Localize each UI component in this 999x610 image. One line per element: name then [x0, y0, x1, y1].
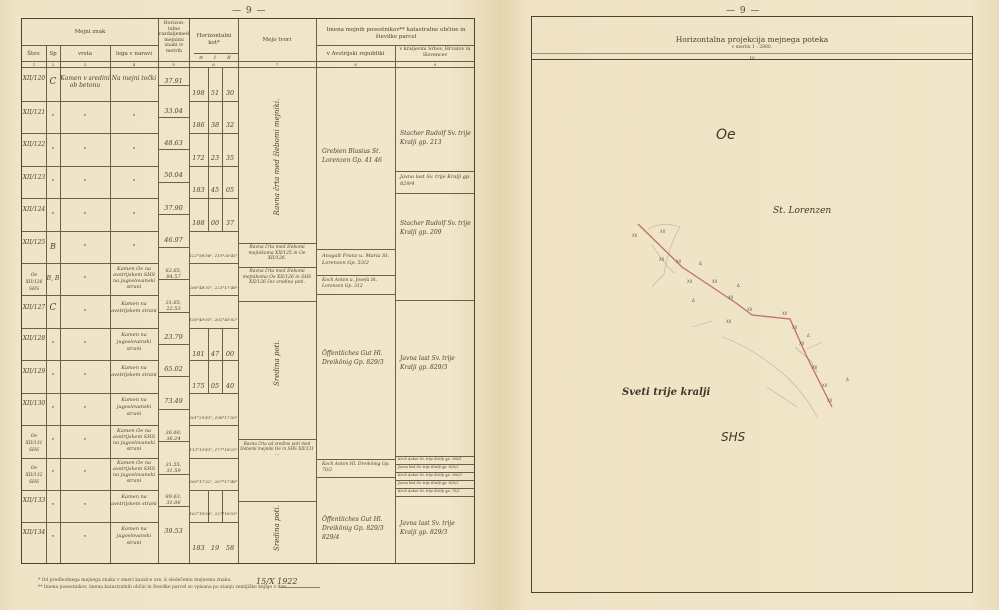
marker-sp: " — [46, 341, 60, 348]
marker-number: XII/124 — [22, 206, 46, 213]
marker-lega: Kamen na avstrijskem strani — [110, 494, 158, 508]
marker-number: XII/129 — [22, 368, 46, 375]
date-underline — [280, 587, 320, 588]
owner-austria: Grebien Blasius St. Lorenzen Gp. 41 46 — [322, 147, 392, 165]
marker-vrsta: " — [60, 535, 110, 542]
divider — [60, 45, 61, 563]
svg-text:XII: XII — [747, 307, 752, 312]
marker-sp: " — [46, 535, 60, 542]
angle-deg: 186 — [189, 121, 208, 129]
marker-vrsta: " — [60, 373, 110, 380]
angle-sec: 32 — [222, 121, 238, 129]
owner-austria: Öffentliches Gut Hl. Dreikönig Gp. 829/3… — [322, 515, 392, 542]
angle-pair: 150°49'05", 202°45'02" — [189, 317, 238, 322]
header-imena: Imena mejnih posestnikov** katastralne o… — [316, 27, 476, 40]
svg-text:Δ: Δ — [699, 261, 702, 266]
distance: 73.49 — [158, 397, 189, 405]
marker-number: XII/120 — [22, 75, 46, 82]
angle-pair: 113°19'41", 177°18'25" — [189, 447, 238, 452]
marker-vrsta: " — [60, 309, 110, 316]
svg-text:XII: XII — [822, 383, 827, 388]
svg-text:XII: XII — [659, 257, 664, 262]
angle-deg: 198 — [189, 89, 208, 97]
signature-date: 15/X 1922 — [256, 577, 297, 586]
header-sp: Sp — [46, 51, 60, 58]
svg-text:XII: XII — [660, 229, 665, 234]
marker-vrsta: " — [60, 438, 110, 445]
distance: 48.63 — [158, 139, 189, 147]
marker-lega: Kamen Oe na avstrijskem SHS na jugoslova… — [110, 460, 158, 484]
divider — [316, 19, 317, 563]
owner-shs: Stacher Rudolf Sv. trije Kralji gp. 209 — [400, 219, 472, 237]
marker-lega: " — [110, 244, 158, 251]
angle-deg: 188 — [189, 219, 208, 227]
col-number: 5 — [158, 62, 189, 69]
marker-lega: " — [110, 179, 158, 186]
marker-lega: Kamen na jugoslovanski strani — [110, 332, 158, 353]
marker-vrsta: " — [60, 114, 110, 121]
distance: 39.53 — [158, 527, 189, 535]
boundary-desc: Ravna črta med žlebomi mejnikoma XII/125… — [240, 245, 314, 262]
marker-sp: " — [46, 179, 60, 186]
border-line — [638, 224, 832, 407]
marker-number: XII/127 — [22, 304, 46, 311]
marker-vrsta: " — [60, 179, 110, 186]
marker-number: XII/123 — [22, 174, 46, 181]
divider — [532, 59, 972, 60]
owner-shs: Javna last Sv. trije Kralji gp. 829/2 — [398, 481, 474, 485]
distance: 23.79 — [158, 333, 189, 341]
angle-deg: 183 — [189, 186, 208, 194]
svg-text:XII: XII — [812, 365, 817, 370]
angle-deg: 172 — [189, 154, 208, 162]
distance: 36.60, 36.24 — [158, 430, 189, 442]
svg-text:Δ: Δ — [692, 298, 695, 303]
col-number: 3 — [60, 62, 110, 69]
divider — [395, 45, 396, 563]
angle-pair: 122°58'58", 119°26'45" — [189, 253, 238, 258]
svg-text:XII: XII — [728, 295, 733, 300]
distance: 65.02 — [158, 365, 189, 373]
marker-number: XII/134 — [22, 529, 46, 536]
marker-vrsta: " — [60, 276, 110, 283]
label-shs: SHS — [721, 430, 745, 444]
owner-shs: Javna last Sv. trije Kralji gp. 829/4 — [400, 174, 472, 188]
marker-sp: C — [46, 79, 60, 86]
angle-min: 05 — [208, 382, 222, 390]
page-number: — 9 — — [232, 6, 266, 16]
marker-sp: " — [46, 470, 60, 477]
right-page: — 9 — Horizontalna projekcija mejnega po… — [498, 0, 999, 610]
angle-min: 23 — [208, 154, 222, 162]
angle-sec: 30 — [222, 89, 238, 97]
boundary-desc: Ravna črta med žlebomi mejniki. — [273, 92, 281, 222]
marker-sp: " — [46, 147, 60, 154]
marker-sp: " — [46, 373, 60, 380]
boundary-desc: Sredina poti. — [273, 333, 281, 393]
angle-sec: 40 — [222, 382, 238, 390]
angle-deg: 183 — [189, 544, 208, 552]
marker-number: XII/121 — [22, 109, 46, 116]
owner-austria: Koch Anton u. Josefa St. Lorenzen Gp. 31… — [322, 278, 392, 290]
map-frame: Horizontalna projekcija mejnega poteka v… — [531, 16, 973, 593]
marker-number: Oe XII/132 SHS — [22, 465, 46, 486]
header-kot: Horizontalni kot* — [190, 33, 238, 46]
marker-lega: Kamen na jugoslovanski strani — [110, 526, 158, 547]
owner-shs: Javna last Sv. trije Kralji gp. 829/3 — [400, 354, 472, 372]
owner-shs: Stacher Rudolf Sv. trije Kralji gp. 213 — [400, 129, 472, 147]
distance: 89.63, 31.06 — [158, 494, 189, 506]
header-vrsta: vrsta — [60, 51, 110, 58]
svg-text:Δ: Δ — [737, 283, 740, 288]
marker-lega: " — [110, 114, 158, 121]
angle-min: 45 — [208, 186, 222, 194]
distance: 31.65, 22.53 — [158, 300, 189, 312]
header-avstrija: v Avstrijski republiki — [316, 51, 395, 58]
marker-vrsta: " — [60, 212, 110, 219]
svg-text:XII: XII — [782, 311, 787, 316]
col-number: 6 — [189, 62, 238, 69]
marker-sp: B, B — [46, 275, 60, 282]
header-razdalja: Horizon- talno razdaljemed mejnimi znaki… — [159, 21, 189, 55]
angle-pair: 200°17'32", 207°17'48" — [189, 479, 238, 484]
marker-number: XII/128 — [22, 335, 46, 342]
divider — [158, 19, 159, 563]
svg-text:XII: XII — [687, 279, 692, 284]
footnote: * Od predhodnega mejnega znaka v smeri k… — [38, 578, 232, 583]
owner-shs: Koch Anton Sv. trije Kralji gp. 208/3 — [398, 473, 474, 477]
owner-austria: Koch Anton Hl. Dreikönig Gp. 70/2 — [322, 462, 392, 474]
marker-lega: Kamen Oe na avstrijskem SHS na jugoslova… — [110, 266, 158, 290]
boundary-desc: Sredina poti. — [273, 498, 281, 558]
marker-sp: " — [46, 438, 60, 445]
angle-sec: 58 — [222, 544, 238, 552]
angle-sec: 05 — [222, 186, 238, 194]
angle-sec: 00 — [222, 350, 238, 358]
marker-lega: Kamen Oe na avstrijskem SHS na jugoslova… — [110, 428, 158, 452]
marker-number: XII/122 — [22, 141, 46, 148]
boundary-desc: Ravna črta od sredine poti med žlebomi m… — [240, 441, 314, 457]
marker-lega: " — [110, 212, 158, 219]
header-kot-sec: ii — [222, 55, 236, 62]
marker-vrsta: " — [60, 406, 110, 413]
map-scale: v merilu 1 : 2880. — [532, 45, 972, 50]
distance: 31.55, 31.59 — [158, 462, 189, 474]
header-kot-min: i — [208, 55, 222, 62]
angle-sec: 35 — [222, 154, 238, 162]
header-mejni-znak: Mejni znak — [22, 29, 158, 36]
marker-lega: Kamen na jugoslovanski strani — [110, 397, 158, 418]
angle-pair: 201°29'41", 198°17'50" — [189, 415, 238, 420]
svg-text:XII: XII — [792, 325, 797, 330]
angle-deg: 181 — [189, 350, 208, 358]
owner-shs: Koch Anton Sv. trije Kralji gp. 70/2 — [398, 489, 474, 493]
header-shs: v kraljevini Srbov, Hrvatov in Slovencev — [395, 47, 475, 58]
svg-text:XII: XII — [827, 398, 832, 403]
col-number: 4 — [110, 62, 158, 69]
divider — [46, 45, 47, 563]
marker-lega: Kamen na avstrijskem strani — [110, 301, 158, 315]
marker-vrsta: " — [60, 503, 110, 510]
marker-number: XII/133 — [22, 497, 46, 504]
marker-sp: B — [46, 243, 60, 250]
marker-vrsta: Kamen v sredini ob betonu — [60, 75, 110, 89]
angle-min: 19 — [208, 544, 222, 552]
marker-number: Oe XII/126 SHS — [22, 272, 46, 293]
header-kot-deg: o — [194, 55, 208, 62]
marker-sp: " — [46, 503, 60, 510]
boundary-map: XIIXII XIIXII XIIXII XIIXII XIIXII XIIXI… — [612, 197, 862, 427]
svg-text:XII: XII — [726, 319, 731, 324]
header-lega: lega v naravi — [110, 51, 158, 58]
col-number: 2 — [46, 62, 60, 69]
divider — [22, 45, 158, 46]
angle-min: 51 — [208, 89, 222, 97]
marker-sp: " — [46, 212, 60, 219]
boundary-desc: Ravna črta med žlebomi mejnikoma Oe XII/… — [240, 269, 314, 286]
marker-lega: Kamen na avstrijskem strani — [110, 365, 158, 379]
col-number: 7 — [238, 62, 316, 69]
svg-text:XII: XII — [799, 341, 804, 346]
divider — [316, 45, 474, 46]
marker-vrsta: " — [60, 470, 110, 477]
owner-austria: Öffentliches Gut Hl. Dreikönig Gp. 829/3 — [322, 349, 392, 367]
label-austria: Oe — [716, 127, 736, 143]
marker-vrsta: " — [60, 341, 110, 348]
marker-sp: " — [46, 406, 60, 413]
marker-number: XII/130 — [22, 400, 46, 407]
marker-number: XII/125 — [22, 239, 46, 246]
svg-text:Δ: Δ — [807, 333, 810, 338]
distance: 37.90 — [158, 204, 189, 212]
marker-sp: " — [46, 114, 60, 121]
marker-vrsta: " — [60, 147, 110, 154]
marker-number: Oe XII/131 SHS — [22, 433, 46, 454]
distance: 50.04 — [158, 171, 189, 179]
marker-vrsta: " — [60, 244, 110, 251]
header-mejo-tvori: Mejo tvori — [238, 37, 316, 44]
marker-sp: C — [46, 305, 60, 312]
col-number: 8 — [316, 62, 395, 69]
boundary-table: Mejni znak Štev. Sp vrsta lega v naravi … — [21, 18, 475, 564]
distance: 33.04 — [158, 107, 189, 115]
footnote: ** Imena posestnikov, imena katastralnih… — [38, 585, 286, 590]
distance: 46.97 — [158, 236, 189, 244]
map-title: Horizontalna projekcija mejnega poteka — [532, 35, 972, 44]
distance: 62.65, 84.57 — [158, 268, 189, 280]
marker-lega: " — [110, 147, 158, 154]
owner-shs: Koch Anton Sv. trije Kralji gp. 208/1 — [398, 457, 474, 461]
svg-text:Δ: Δ — [846, 377, 849, 382]
angle-pair: 206°48'31", 223°17'48" — [189, 285, 238, 290]
svg-text:XII: XII — [632, 233, 637, 238]
col-number: 9 — [395, 62, 475, 69]
owner-shs: Javna last Sv. trije Kralji gp. 829/3 — [400, 519, 472, 537]
angle-sec: 37 — [222, 219, 238, 227]
svg-text:XII: XII — [676, 259, 681, 264]
page-number: — 9 — — [726, 6, 760, 16]
divider — [532, 53, 972, 54]
svg-text:XII: XII — [712, 279, 717, 284]
owner-shs: Javna last Sv. trije Kralji gp. 829/2 — [398, 465, 474, 469]
left-page: — 9 — Mejni znak Štev. Sp vrsta lega v n… — [0, 0, 498, 610]
marker-lega: Na mejni točki — [110, 75, 158, 82]
owner-austria: Ansgalt Franz u. Maria St. Lorenzen Gp. … — [322, 253, 392, 267]
header-stev: Štev. — [22, 51, 46, 58]
angle-min: 00 — [208, 219, 222, 227]
angle-min: 38 — [208, 121, 222, 129]
angle-deg: 175 — [189, 382, 208, 390]
col-number: 1 — [22, 62, 46, 69]
divider — [194, 53, 238, 54]
angle-pair: 162°18'58", 227°18'53" — [189, 511, 238, 516]
distance: 37.91 — [158, 77, 189, 85]
angle-min: 47 — [208, 350, 222, 358]
divider — [238, 19, 239, 563]
